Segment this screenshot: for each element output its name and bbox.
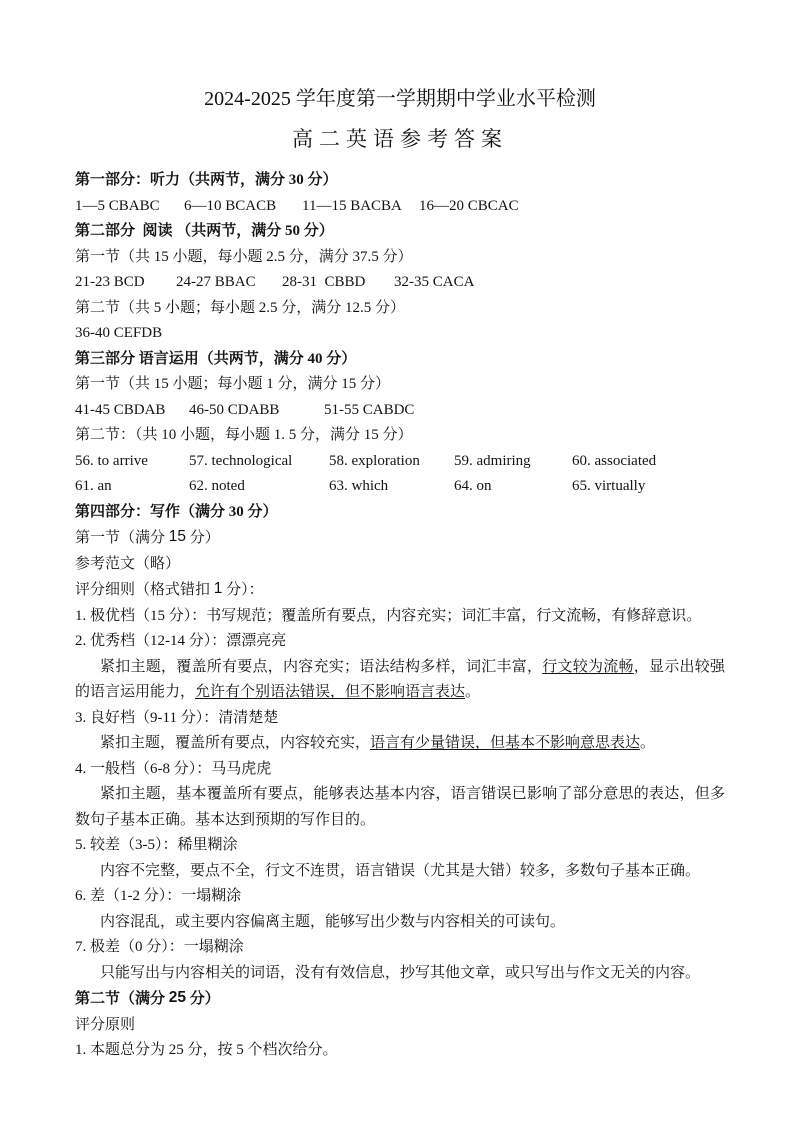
- score-number: 15: [169, 528, 186, 545]
- level-6-body: 内容混乱，或主要内容偏离主题，能够写出少数与内容相关的可读句。: [75, 910, 725, 936]
- level-2-body: 紧扣主题，覆盖所有要点，内容充实；语法结构多样，词汇丰富，行文较为流畅，显示出较…: [75, 655, 725, 706]
- answer-group: 1—5 CBABC: [75, 194, 184, 220]
- part2-section2-note: 第二节（共 5 小题；每小题 2.5 分，满分 12.5 分）: [75, 296, 725, 322]
- heading-text: 第二节（满分: [75, 991, 169, 1007]
- answer-item: 58. exploration: [329, 449, 454, 475]
- part3-heading: 第三部分 语言运用（共两节，满分 40 分）: [75, 347, 725, 373]
- level-5-body: 内容不完整，要点不全，行文不连贯，语言错误（尤其是大错）较多，多数句子基本正确。: [75, 859, 725, 885]
- reference-essay-note: 参考范文（略）: [75, 552, 725, 578]
- level-5-title: 5. 较差（3-5）：稀里糊涂: [75, 833, 725, 859]
- doc-title-line1: 2024-2025 学年度第一学期期中学业水平检测: [75, 84, 725, 114]
- level-2-title: 2. 优秀档（12-14 分）：漂漂亮亮: [75, 629, 725, 655]
- answer-group: 46-50 CDABB: [189, 398, 324, 424]
- writing-section2-heading: 第二节（满分 25 分）: [75, 986, 725, 1013]
- underlined-text: 允许有个别语法错误，但不影响语言表达: [195, 684, 465, 700]
- answer-item: 63. which: [329, 474, 454, 500]
- level-1-title: 1. 极优档（15 分）：书写规范；覆盖所有要点，内容充实；词汇丰富，行文流畅，…: [75, 604, 725, 630]
- level-6-title: 6. 差（1-2 分）：一塌糊涂: [75, 884, 725, 910]
- body-text: 。: [640, 735, 655, 751]
- answer-item: 64. on: [454, 474, 572, 500]
- answer-group: 51-55 CABDC: [324, 398, 414, 424]
- scoring-principles-title: 评分原则: [75, 1013, 725, 1039]
- doc-title-line2: 高二英语参考答案: [75, 124, 725, 154]
- scoring-principle-1: 1. 本题总分为 25 分，按 5 个档次给分。: [75, 1038, 725, 1064]
- part1-listening-answers-row: 1—5 CBABC 6—10 BCACB 11—15 BACBA 16—20 C…: [75, 194, 725, 220]
- level-7-body: 只能写出与内容相关的词语，没有有效信息，抄写其他文章，或只写出与作文无关的内容。: [75, 961, 725, 987]
- answer-group: 6—10 BCACB: [184, 194, 302, 220]
- level-3-title: 3. 良好档（9-11 分）：清清楚楚: [75, 706, 725, 732]
- rubric-intro: 评分细则（格式错扣 1 分）：: [75, 577, 725, 604]
- answer-key-document: 2024-2025 学年度第一学期期中学业水平检测 高二英语参考答案 第一部分：…: [0, 0, 793, 1122]
- score-number: 1: [214, 580, 223, 597]
- answer-item: 60. associated: [572, 449, 656, 475]
- part2-section1-note: 第一节（共 15 小题，每小题 2.5 分，满分 37.5 分）: [75, 245, 725, 271]
- part3-section2-answers-row-2: 61. an 62. noted 63. which 64. on 65. vi…: [75, 474, 725, 500]
- rubric-text: 评分细则（格式错扣: [75, 582, 214, 598]
- answer-group: 16—20 CBCAC: [419, 194, 519, 220]
- part2-section2-answers: 36-40 CEFDB: [75, 321, 725, 347]
- answer-item: 65. virtually: [572, 474, 645, 500]
- note-text: 第一节（满分: [75, 530, 169, 546]
- body-text: 。: [465, 684, 480, 700]
- underlined-text: 语言有少量错误，但基本不影响意思表达: [370, 735, 640, 751]
- part4-heading: 第四部分：写作（满分 30 分）: [75, 500, 725, 526]
- part3-section1-answers-row: 41-45 CBDAB 46-50 CDABB 51-55 CABDC: [75, 398, 725, 424]
- answer-group: 28-31 CBBD: [282, 270, 394, 296]
- part3-section2-answers-row-1: 56. to arrive 57. technological 58. expl…: [75, 449, 725, 475]
- rubric-text: 分）：: [222, 582, 263, 598]
- part1-heading: 第一部分：听力（共两节，满分 30 分）: [75, 168, 725, 194]
- answer-group: 41-45 CBDAB: [75, 398, 189, 424]
- score-number: 25: [169, 989, 186, 1006]
- writing-section1-note: 第一节（满分 15 分）: [75, 525, 725, 552]
- part3-section2-note: 第二节：（共 10 小题，每小题 1. 5 分，满分 15 分）: [75, 423, 725, 449]
- level-4-body: 紧扣主题，基本覆盖所有要点，能够表达基本内容，语言错误已影响了部分意思的表达，但…: [75, 782, 725, 833]
- level-4-title: 4. 一般档（6-8 分）：马马虎虎: [75, 757, 725, 783]
- answer-group: 24-27 BBAC: [176, 270, 282, 296]
- note-text: 分）: [186, 530, 220, 546]
- part2-heading: 第二部分 阅读 （共两节，满分 50 分）: [75, 219, 725, 245]
- answer-item: 57. technological: [189, 449, 329, 475]
- level-7-title: 7. 极差（0 分）：一塌糊涂: [75, 935, 725, 961]
- answer-group: 32-35 CACA: [394, 270, 474, 296]
- level-3-body: 紧扣主题，覆盖所有要点，内容较充实，语言有少量错误，但基本不影响意思表达。: [75, 731, 725, 757]
- part3-section1-note: 第一节（共 15 小题；每小题 1 分，满分 15 分）: [75, 372, 725, 398]
- underlined-text: 行文较为流畅: [542, 659, 634, 675]
- answer-item: 59. admiring: [454, 449, 572, 475]
- answer-group: 21-23 BCD: [75, 270, 176, 296]
- heading-text: 分）: [186, 991, 220, 1007]
- body-text: 紧扣主题，覆盖所有要点，内容较充实，: [100, 735, 370, 751]
- answer-group: 11—15 BACBA: [302, 194, 419, 220]
- answer-item: 62. noted: [189, 474, 329, 500]
- answer-item: 61. an: [75, 474, 189, 500]
- body-text: 紧扣主题，覆盖所有要点，内容充实；语法结构多样，词汇丰富，: [100, 659, 542, 675]
- part2-section1-answers-row: 21-23 BCD 24-27 BBAC 28-31 CBBD 32-35 CA…: [75, 270, 725, 296]
- answer-item: 56. to arrive: [75, 449, 189, 475]
